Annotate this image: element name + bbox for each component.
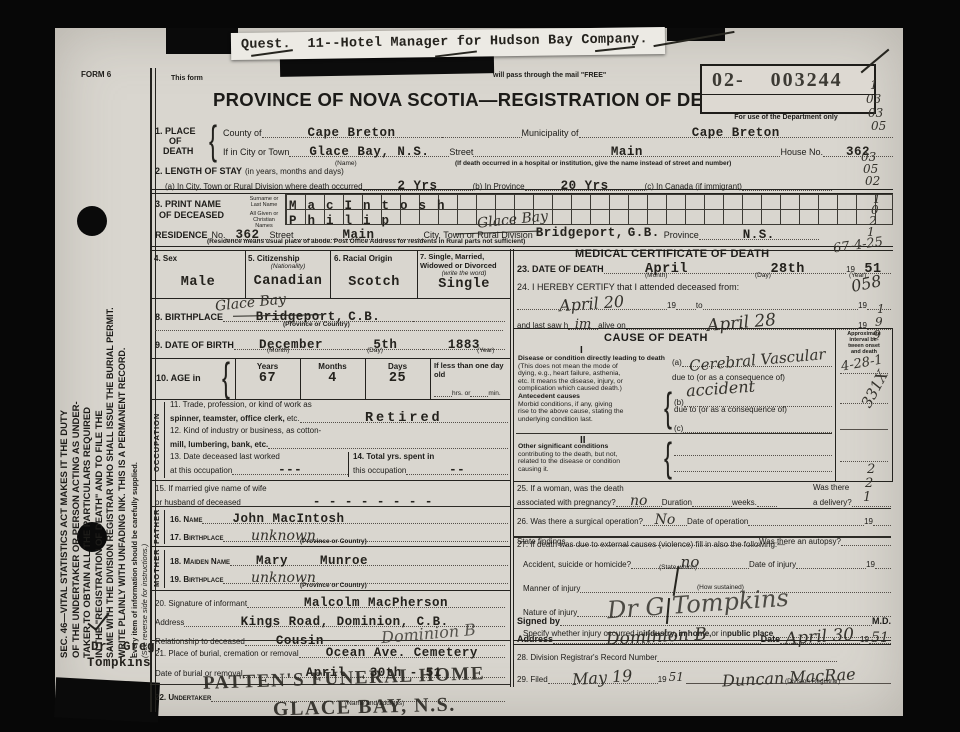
certify-from-hw: April 20: [559, 296, 625, 312]
operation-pre19: 19: [864, 517, 873, 526]
citizenship-label: 5. Citizenship: [248, 254, 328, 263]
section-spouse: 15. If married give name of wife or husb…: [155, 484, 505, 507]
age-days-value: 25: [365, 371, 430, 386]
certify-to: to: [696, 301, 703, 310]
marital-sub: (write the word): [420, 270, 508, 277]
cause-dueto2-label: due to (or as a consequence of): [674, 405, 787, 414]
mail-free-right: will pass through the mail "FREE": [493, 72, 606, 79]
birthplace-label: 8. BIRTHPLACE: [155, 312, 223, 322]
division-registrar-note: (Division Registrar): [785, 678, 840, 685]
sidebar-supplied-note: Every item of information should be care…: [130, 296, 140, 658]
burial-place-value: Ocean Ave. Cemetery: [326, 646, 478, 660]
mother-maiden-value: Mary Munroe: [256, 554, 368, 568]
birthplace-suffix: C.B.: [348, 310, 380, 324]
municipality-value: Cape Breton: [692, 126, 780, 140]
residence-row: RESIDENCE No. 362 Street Main City, Town…: [155, 226, 893, 240]
certify-line1: 24. I HEREBY CERTIFY that I attended dec…: [517, 282, 891, 292]
weeks-label: weeks.: [732, 498, 757, 507]
trade-label2: spinner, teamster, office clerk,: [170, 414, 285, 423]
mother-vertical-label: MOTHER: [152, 553, 161, 587]
margin-num-13: 1: [877, 302, 885, 316]
age-min-label: min.: [488, 390, 500, 397]
death-date-label: 23. DATE OF DEATH: [517, 264, 604, 274]
informant-address-label: Address: [155, 618, 184, 627]
division-suffix: G.B.: [628, 226, 660, 240]
margin-num-1: 03: [866, 92, 881, 106]
county-value: Cape Breton: [308, 126, 396, 140]
city-town-label: If in City or Town: [223, 147, 289, 157]
sidebar-reverse-note: (See reverse side for instructions.): [140, 296, 149, 658]
dob-day-note: (Day): [367, 347, 383, 354]
cause-a-label: (a): [672, 358, 682, 367]
informant-label: 20. Signature of informant: [155, 599, 247, 608]
s1-brace: {: [209, 118, 217, 166]
length-of-stay-sub: (in years, months and days): [245, 167, 344, 176]
total-yrs-label2: this occupation: [353, 466, 406, 475]
section-4-7-boxes: 4. Sex Male 5. Citizenship (Nationality)…: [150, 250, 510, 299]
s1-of: OF: [155, 136, 196, 146]
marital-label1: 7. Single, Married,: [420, 252, 508, 261]
other-conditions-block: Other significant conditions contributin…: [518, 443, 668, 473]
cause-c-label: (c): [674, 424, 683, 433]
filed-pre19: 19: [658, 675, 667, 684]
birthplace-extra-line: [155, 330, 503, 331]
filed-label: 29. Filed: [517, 675, 548, 684]
age-years-label: Years: [235, 362, 300, 371]
s1-num: 1. PLACE: [155, 126, 196, 136]
margin-num-15: 9: [873, 328, 881, 342]
cause-of-death-box: Approximate interval be- tween onset and…: [513, 328, 893, 482]
division-value: Bridgeport,: [536, 226, 624, 240]
city-town-value: Glace Bay, N.S.: [309, 145, 429, 159]
department-only-note: For use of the Department only: [700, 114, 872, 121]
duration-label: Duration: [662, 498, 692, 507]
citizenship-value: Canadian: [248, 274, 328, 289]
reg-number-value: 003244: [771, 69, 843, 92]
racial-origin-value: Scotch: [334, 275, 414, 290]
father-vertical-label: FATHER: [152, 512, 161, 544]
annotation-tompkins: Tompkins: [87, 656, 151, 670]
industry-label1: 12. Kind of industry or business, as cot…: [170, 426, 508, 435]
injury-pre19: 19: [866, 560, 875, 569]
other-line-1: Other significant conditions: [518, 443, 668, 451]
antecedent-line-4: underlying condition last.: [518, 416, 668, 424]
dob-label: 9. DATE OF BIRTH: [155, 340, 234, 350]
section-place-of-death: 1. PLACE OF DEATH { County of Cape Breto…: [155, 124, 893, 157]
filed-year-hw: 51: [669, 670, 684, 684]
dob-year-note: (Year): [477, 347, 494, 354]
marital-label2: Widowed or Divorced: [420, 261, 508, 270]
margin-num-18: 2: [867, 462, 875, 477]
scan-dark-notch-left: [166, 28, 238, 54]
interval-note-4: and death: [836, 349, 892, 355]
occupation-vertical-label: OCCUPATION: [152, 408, 161, 472]
disease-line-3: etc. It means the disease, injury, or: [518, 378, 670, 386]
disease-line-0: Disease or condition directly leading to…: [518, 355, 670, 363]
margin-num-0: 1: [870, 78, 878, 92]
province-label: Province: [664, 230, 699, 240]
informant-value: Malcolm MacPherson: [304, 596, 448, 610]
county-label: County of: [223, 128, 262, 138]
injury-date-label: Date of injury: [749, 560, 796, 569]
form-number-label: FORM 6: [81, 70, 111, 79]
operation-label: 26. Was there a surgical operation?: [517, 517, 643, 526]
margin-num-3: 05: [871, 119, 886, 133]
other-brace: {: [664, 435, 672, 483]
section-father: FATHER 16. Name John MacIntosh 17. Birth…: [150, 508, 510, 547]
rule-below-20: [150, 640, 510, 641]
age-hrs-label: hrs. or: [452, 390, 470, 397]
dob-year: 1883: [448, 338, 480, 352]
sidebar-line-6: WRITE PLAINLY WITH UNFADING INK. THIS IS…: [117, 296, 129, 658]
length-of-stay-label: 2. LENGTH OF STAY: [155, 166, 242, 176]
total-yrs-value: --: [449, 463, 465, 477]
death-registration-form: FORM 6 SEC. 46—VITAL STATISTICS ACT MAKE…: [55, 28, 903, 716]
md-label: M.D.: [872, 616, 891, 626]
section-certify: 24. I HEREBY CERTIFY that I attended dec…: [517, 282, 891, 330]
certify-pre19b: 19: [858, 301, 867, 310]
sidebar-line-3: TAKER TO OBTAIN ALL THE PARTICULARS REQU…: [82, 296, 94, 658]
record-number-label: 28. Division Registrar's Record Number: [517, 653, 657, 662]
section-occupation: OCCUPATION 11. Trade, profession, or kin…: [150, 400, 510, 481]
page-title: PROVINCE OF NOVA SCOTIA—REGISTRATION OF …: [213, 89, 741, 111]
antecedent-block: Antecedent causes Morbid conditions, if …: [518, 393, 668, 423]
other-line-4: causing it.: [518, 466, 668, 474]
age-label: 10. AGE in: [156, 373, 201, 383]
other-line-3: related to the disease or condition: [518, 458, 668, 466]
death-day-note: (Day): [755, 272, 771, 279]
trade-value: Retired: [365, 411, 443, 426]
spouse-label1: 15. If married give name of wife: [155, 484, 505, 493]
punch-hole-top: [77, 206, 107, 236]
margin-num-6: 02: [865, 174, 880, 188]
antecedent-line-2: Morbid conditions, if any, giving: [518, 401, 668, 409]
sex-label: 4. Sex: [154, 254, 242, 263]
last-worked-label1: 13. Date deceased last worked: [170, 452, 348, 461]
margin-num-14: 9: [875, 315, 883, 329]
residence-label: RESIDENCE: [155, 230, 208, 240]
s1-death: DEATH: [155, 146, 196, 156]
antecedent-line-3: rise to the above cause, stating the: [518, 408, 668, 416]
age-months-label: Months: [300, 362, 365, 371]
age-years-value: 67: [235, 371, 300, 386]
age-less-label: If less than one day old: [434, 362, 506, 379]
father-name-value: John MacIntosh: [232, 512, 344, 526]
margin-num-2: 03: [868, 106, 883, 120]
section-pregnancy: 25. If a woman, was the death associated…: [517, 484, 891, 507]
accident-label: Accident, suicide or homicide?: [523, 560, 631, 569]
residence-note: (Residence means usual place of abode. P…: [207, 238, 525, 245]
mother-maiden-label: 18. Maiden Name: [170, 557, 230, 566]
margin-num-20: 1: [863, 490, 871, 505]
death-month-note: (Month): [645, 272, 667, 279]
rule-below-15: [150, 506, 510, 507]
mother-birthplace-label: 19. Birthplace: [170, 575, 223, 584]
other-line-2: contributing to the death, but not,: [518, 451, 668, 459]
birthplace-note: (Province or Country): [283, 321, 350, 328]
cause-a-handwriting: Cerebral Vascular: [688, 349, 825, 372]
age-months-value: 4: [300, 371, 365, 386]
burial-place-label: 21. Place of burial, cremation or remova…: [155, 649, 299, 658]
sidebar-line-1: SEC. 46—VITAL STATISTICS ACT MAKES IT TH…: [59, 296, 71, 658]
surname-grid: MacIntosh: [285, 194, 893, 210]
medical-certificate-title: MEDICAL CERTIFICATE OF DEATH: [575, 248, 770, 260]
death-date-day: 28th: [770, 262, 804, 277]
rule-below-signed: [513, 640, 891, 645]
trade-label3: etc.: [287, 414, 300, 423]
sidebar-line-2: OF THE UNDERTAKER OR PERSON ACTING AS UN…: [71, 296, 83, 658]
reg-number-prefix: 02-: [712, 69, 745, 92]
street-value: Main: [611, 145, 643, 159]
racial-origin-label: 6. Racial Origin: [334, 254, 414, 263]
disease-line-1: (This does not mean the mode of: [518, 363, 670, 371]
mother-birthplace-note: (Province or Country): [300, 582, 367, 589]
glace-bay-stamp: GLACE BAY, N.S.: [273, 694, 456, 722]
house-no-label: House No.: [780, 147, 823, 157]
sidebar-rotated-text: SEC. 46—VITAL STATISTICS ACT MAKES IT TH…: [59, 296, 151, 658]
rule-below-25: [513, 508, 891, 509]
citizenship-sub: (Nationality): [248, 263, 328, 270]
margin-num-19: 2: [865, 476, 873, 491]
father-birthplace-note: (Province or Country): [300, 538, 367, 545]
municipality-label: Municipality of: [522, 128, 579, 138]
section-age: 10. AGE in { Years 67 Months 4 Days 25 I…: [150, 358, 510, 400]
manner-label: Manner of injury: [523, 584, 580, 593]
signed-by-label: Signed by: [517, 616, 560, 626]
sex-value: Male: [154, 275, 242, 290]
industry-label2: mill, lumbering, bank, etc.: [170, 440, 268, 449]
delivery-label1: Was there: [813, 483, 849, 492]
age-brace: {: [222, 355, 230, 403]
disease-line-4: complication which caused death.): [518, 385, 670, 393]
operation-hw: No: [655, 512, 676, 528]
marital-value: Single: [420, 277, 508, 292]
disease-label-block: Disease or condition directly leading to…: [518, 355, 670, 393]
last-worked-label2: at this occupation: [170, 466, 232, 475]
cause-title: CAUSE OF DEATH: [604, 332, 708, 344]
pregnancy-line2: associated with pregnancy?: [517, 498, 616, 507]
antecedent-line-1: Antecedent causes: [518, 393, 668, 401]
father-name-label: 16. Name: [170, 515, 202, 524]
sidebar-line-5: SAME WITH THE DIVISION REGISTRAR WHO SHA…: [105, 296, 117, 658]
scan-shadow-bottom-left: [54, 677, 160, 722]
section-date-of-death: 23. DATE OF DEATH April 28th 19 51 (Mont…: [517, 260, 891, 274]
trade-label1: 11. Trade, profession, or kind of work a…: [170, 400, 508, 409]
last-worked-value: ---: [278, 463, 302, 477]
rule-below-26: [513, 536, 891, 538]
sidebar-line-4: IN THE "REGISTRATION OF DEATH" AND TO FI…: [94, 296, 106, 658]
street-label: Street: [449, 147, 473, 157]
filed-date-hw: May 19: [572, 670, 633, 685]
operation-date-label: Date of operation: [687, 517, 748, 526]
mail-free-left: This form: [171, 75, 203, 82]
registration-number-box: 02- 003244: [700, 64, 876, 114]
section-registrar: 28. Division Registrar's Record Number 2…: [517, 648, 891, 684]
father-birthplace-label: 17. Birthplace: [170, 533, 223, 542]
province-value: N.S.: [743, 228, 775, 242]
external-header: 27. If death was due to external causes …: [517, 540, 891, 549]
dob-month-note: (Month): [267, 347, 289, 354]
pregnancy-hw: no: [630, 493, 647, 509]
certify-pre19a: 19: [667, 301, 676, 310]
total-yrs-label1: 14. Total yrs. spent in: [353, 452, 508, 461]
age-days-label: Days: [365, 362, 430, 371]
section-mother: MOTHER 18. Maiden Name Mary Munroe 19. B…: [150, 548, 510, 591]
delivery-label2: a delivery?: [813, 498, 852, 507]
section-informant: 20. Signature of informant Malcolm MacPh…: [155, 594, 505, 646]
section-length-of-stay: 2. LENGTH OF STAY (in years, months and …: [155, 166, 893, 191]
surname-sublabel2: Last Name: [245, 202, 283, 208]
disease-line-2: dying, e.g., heart failure, asthenia,: [518, 370, 670, 378]
antecedent-brace: {: [664, 385, 672, 433]
section-date-of-birth: 9. DATE OF BIRTH December 5th 1883 (Mont…: [155, 336, 505, 350]
section-birthplace: 8. BIRTHPLACE Bridgeport, C.B. Glace Bay…: [155, 308, 505, 322]
given-name-grid: Philip: [285, 209, 893, 225]
